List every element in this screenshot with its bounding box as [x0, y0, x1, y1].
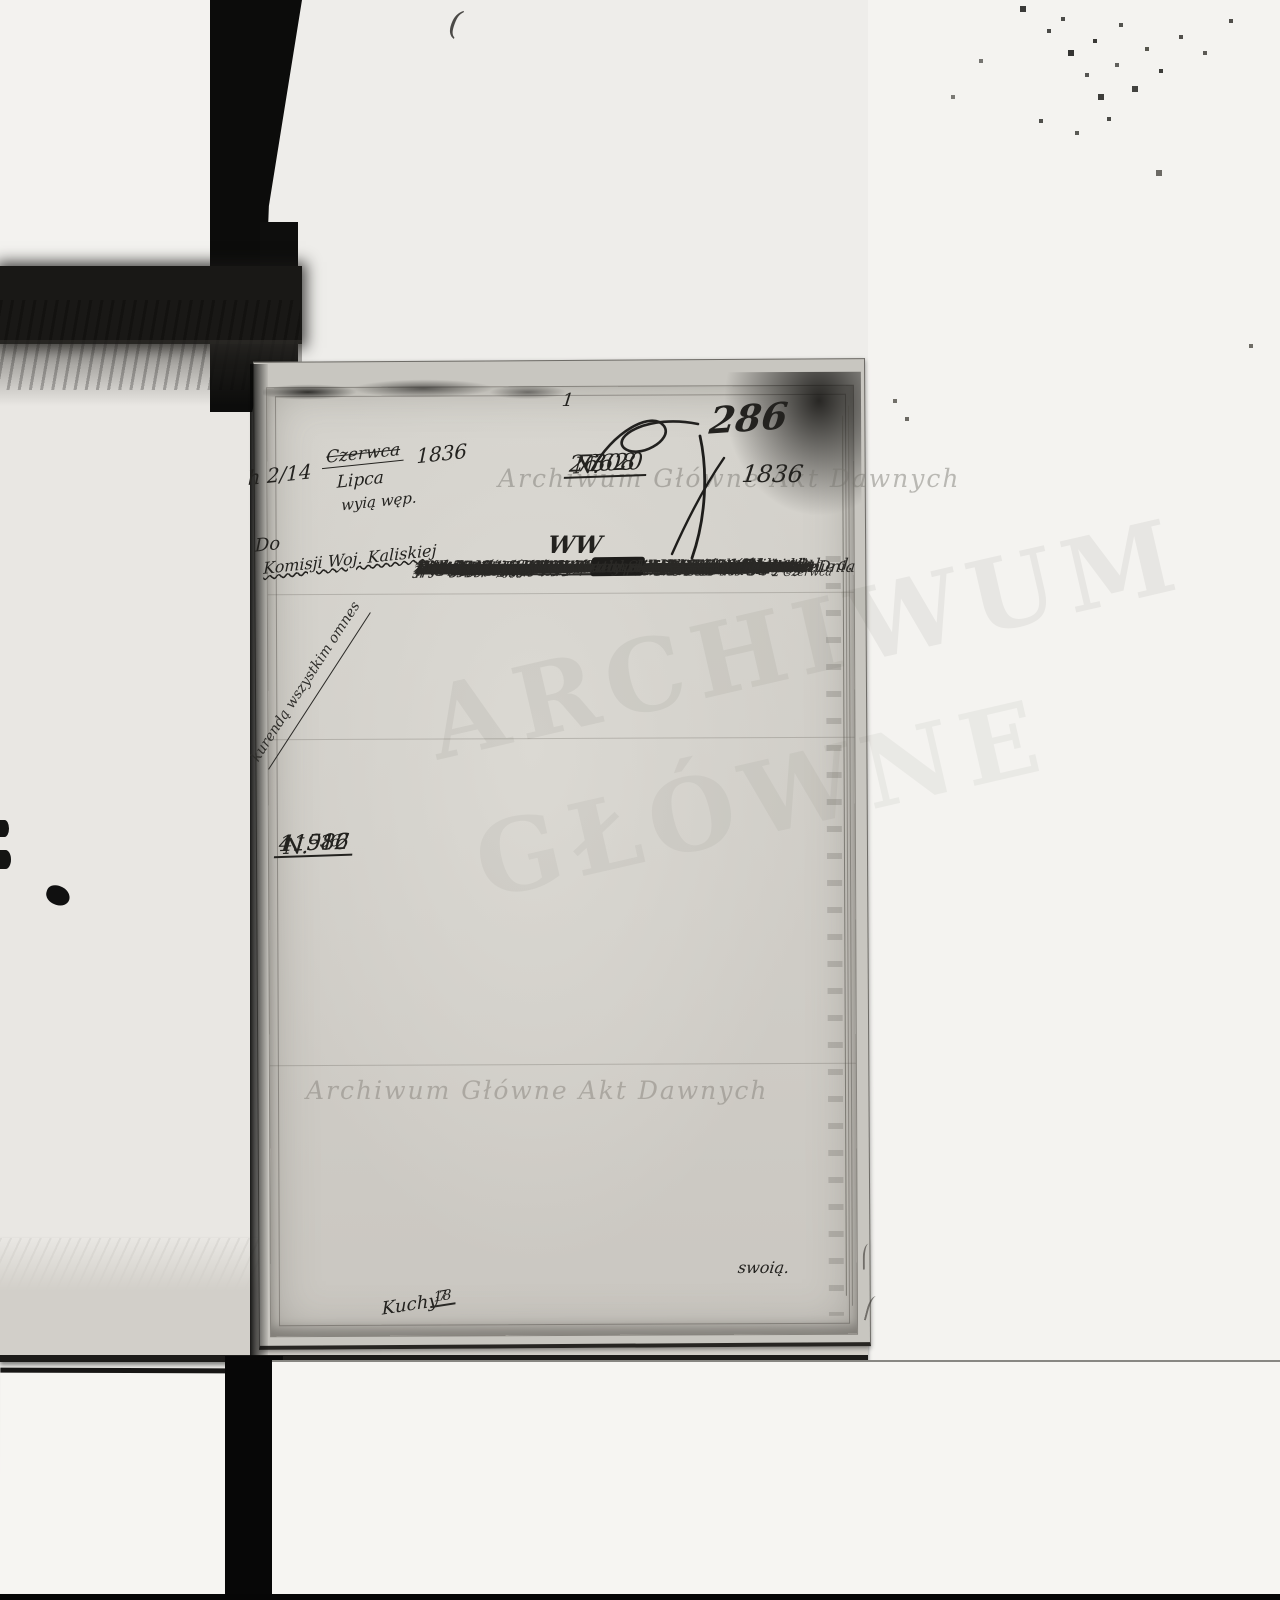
scan-background-left: [0, 260, 258, 1360]
reference-bottom: 41586: [278, 831, 350, 857]
closing-word: swoią.: [737, 1258, 791, 1277]
left-edge-mark: [0, 820, 9, 837]
salutation: WW: [546, 530, 603, 559]
stray-paren-mark: (: [446, 3, 464, 42]
bottom-black-strip: [0, 1594, 1280, 1600]
archive-watermark-bottom: Archiwum Główne Akt Dawnych: [306, 1076, 769, 1105]
margin-date-prefix: h 2/14: [248, 459, 312, 490]
dust-speckles: [0, 0, 2, 2]
margin-addressee-line: Komisji Woj. Kaliskiej: [263, 541, 437, 578]
doc-number-year: 1836: [740, 460, 805, 488]
doc-number-bottom: 7308: [576, 450, 637, 476]
body-text: W odpowiedzi na rapport z dnia 28 Maja 2…: [428, 555, 864, 557]
margin-dispatch-note: wyią węp.: [341, 488, 417, 514]
margin-addressee-do: Do: [255, 533, 281, 557]
crossing-stroke: [662, 432, 732, 562]
body-segment: w Dekret.: [719, 555, 806, 575]
bottom-right-card: [272, 1360, 1280, 1594]
bottom-left-card: [0, 1368, 225, 1595]
body-segment: po oszacowaniu się ratem: [415, 557, 632, 578]
margin-year: 1836: [416, 439, 467, 468]
clerk-note-bottom: 7: [438, 1289, 447, 1305]
doc-number-group: N. 266207308: [573, 451, 607, 478]
reference-number-group: N.119124158636: [283, 831, 342, 860]
body-line: po oszacowaniu się ratem deklaracyą w De…: [415, 554, 806, 580]
margin-month: Lipca: [337, 468, 384, 493]
top-edge-smudge: [263, 377, 593, 408]
top-left-card: [0, 0, 215, 273]
scanned-archival-page: ( Archiwum Główne Akt Dawnych Archiwum G…: [0, 0, 1280, 1600]
body-segment: deklaracyą: [630, 556, 721, 576]
margin-month-struck: Czerwca: [322, 439, 404, 469]
left-edge-mark: [0, 850, 11, 869]
